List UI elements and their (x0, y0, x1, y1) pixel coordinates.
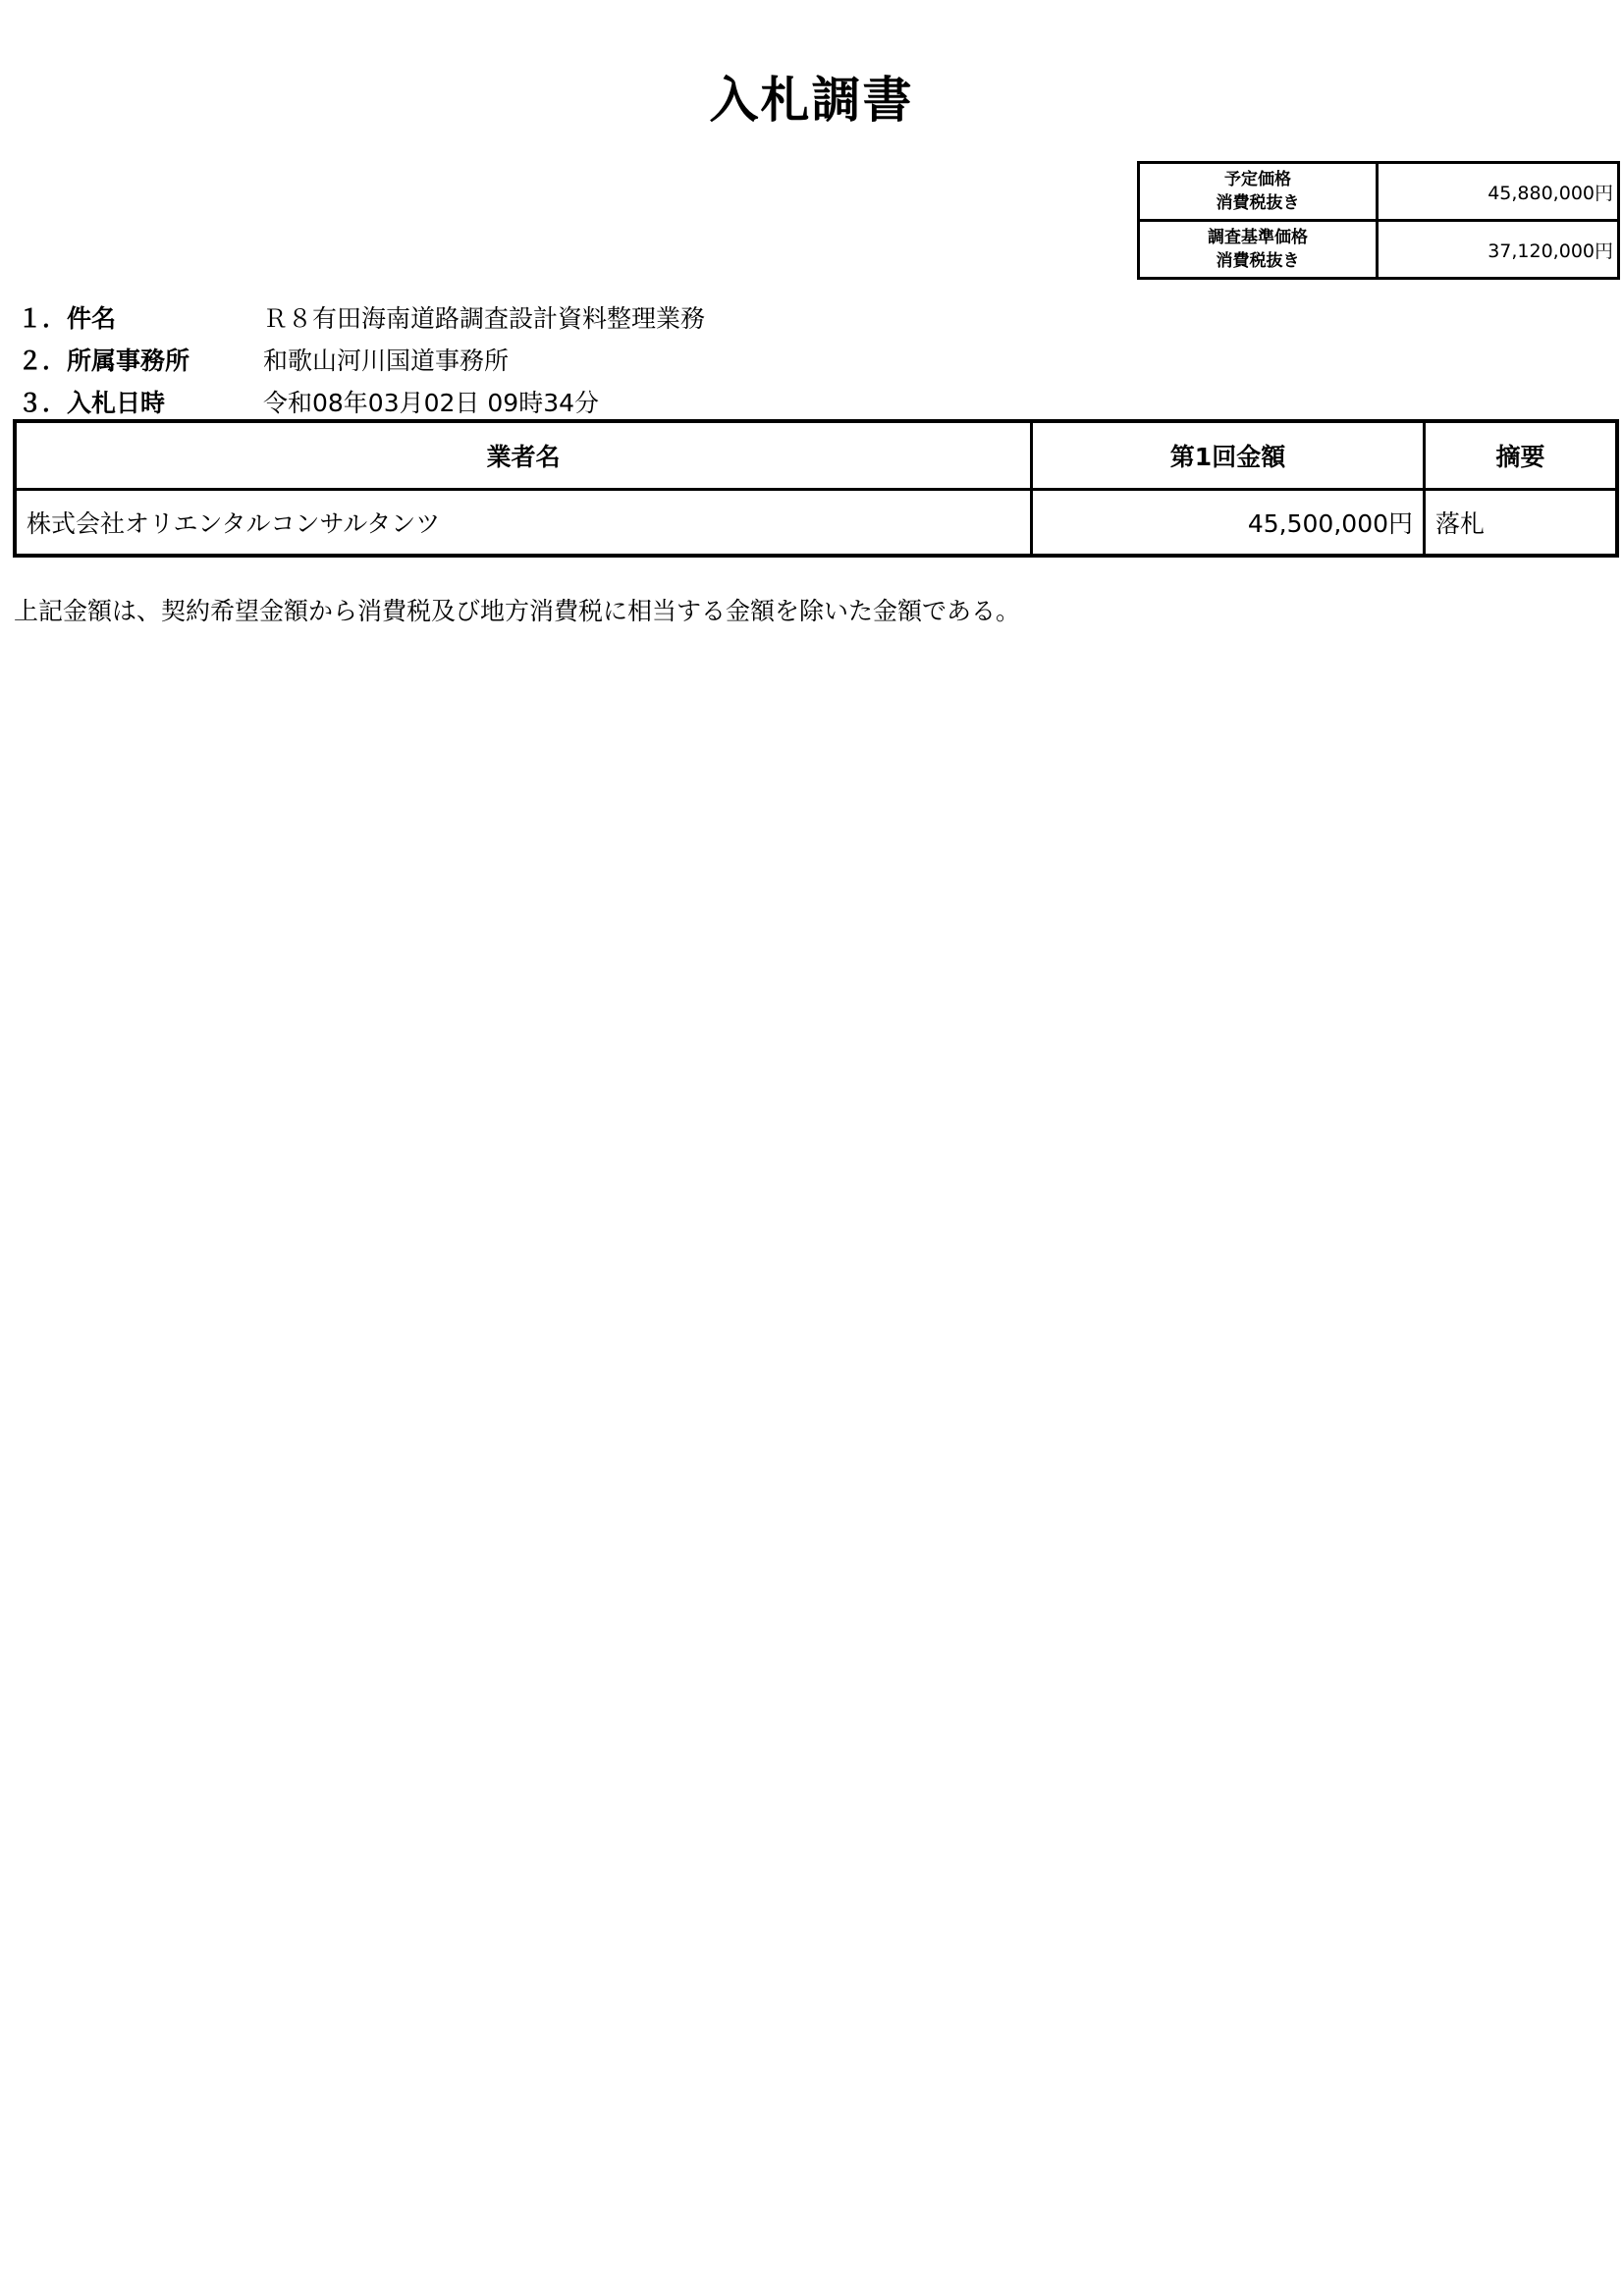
bid-remark: 落札 (1425, 490, 1618, 557)
document-title: 入札調書 (0, 61, 1623, 132)
footnote: 上記金額は、契約希望金額から消費税及び地方消費税に相当する金額を除いた金額である… (14, 592, 1020, 627)
survey-base-price-row: 調査基準価格 消費税抜き 37,120,000円 (1139, 221, 1619, 279)
survey-base-price-label-line2: 消費税抜き (1140, 249, 1376, 273)
table-row: 株式会社オリエンタルコンサルタンツ 45,500,000円 落札 (15, 490, 1617, 557)
vendor-name: 株式会社オリエンタルコンサルタンツ (15, 490, 1032, 557)
survey-base-price-label: 調査基準価格 消費税抜き (1139, 221, 1378, 279)
price-summary-table: 予定価格 消費税抜き 45,880,000円 調査基準価格 消費税抜き 37,1… (1137, 161, 1620, 280)
survey-base-price-label-line1: 調査基準価格 (1140, 226, 1376, 249)
info-value: Ｒ８有田海南道路調査設計資料整理業務 (263, 299, 705, 335)
info-label: １．件名 (18, 299, 116, 335)
planned-price-value: 45,880,000円 (1378, 163, 1619, 221)
bid-results-table: 業者名 第1回金額 摘要 株式会社オリエンタルコンサルタンツ 45,500,00… (13, 419, 1619, 558)
info-label: ３．入札日時 (18, 384, 165, 419)
table-header-row: 業者名 第1回金額 摘要 (15, 421, 1617, 490)
info-value: 令和08年03月02日 09時34分 (263, 384, 599, 419)
header-remark: 摘要 (1425, 421, 1618, 490)
info-value: 和歌山河川国道事務所 (263, 342, 509, 377)
planned-price-label-line1: 予定価格 (1140, 168, 1376, 191)
planned-price-label-line2: 消費税抜き (1140, 191, 1376, 215)
planned-price-label: 予定価格 消費税抜き (1139, 163, 1378, 221)
bid-amount: 45,500,000円 (1032, 490, 1425, 557)
header-first-amount: 第1回金額 (1032, 421, 1425, 490)
info-label: ２．所属事務所 (18, 342, 189, 377)
survey-base-price-value: 37,120,000円 (1378, 221, 1619, 279)
planned-price-row: 予定価格 消費税抜き 45,880,000円 (1139, 163, 1619, 221)
header-vendor: 業者名 (15, 421, 1032, 490)
